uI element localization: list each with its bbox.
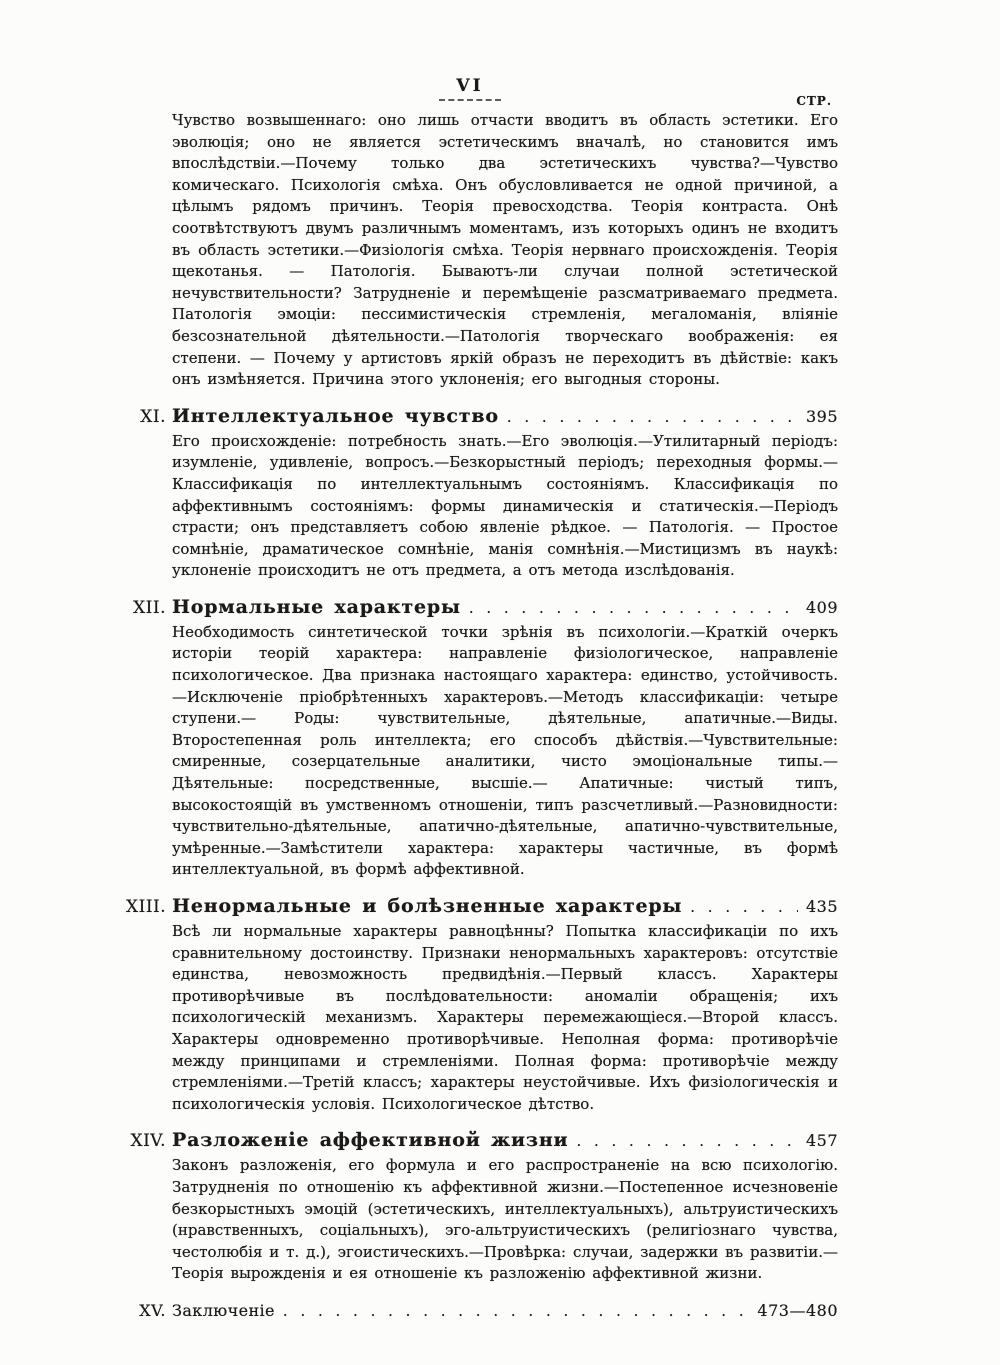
- toc-entry-xv: XV. Заключеніе 473—480: [126, 1301, 838, 1320]
- dot-leader: [507, 407, 798, 426]
- book-page: VI СТР. Чувство возвышеннаго: оно лишь о…: [0, 0, 1000, 1365]
- intro-continuation-paragraph: Чувство возвышеннаго: оно лишь отчасти в…: [172, 110, 838, 391]
- chapter-numeral: XV.: [126, 1301, 166, 1320]
- dot-leader: [576, 1131, 798, 1150]
- dot-leader: [690, 897, 798, 916]
- toc-entry-xi: XI. Интеллектуальное чувство 395 Его про…: [126, 405, 838, 582]
- toc-entry-heading: XI. Интеллектуальное чувство 395: [126, 405, 838, 427]
- dot-leader: [469, 598, 798, 617]
- toc-entry-heading: XIV. Разложеніе аффективной жизни 457: [126, 1129, 838, 1151]
- chapter-title: Разложеніе аффективной жизни: [172, 1129, 568, 1151]
- chapter-page-number: 473—480: [757, 1301, 838, 1320]
- chapter-title: Заключеніе: [172, 1301, 275, 1320]
- dot-leader: [283, 1301, 752, 1320]
- page-column-label: СТР.: [700, 94, 832, 108]
- folio-underline-rule: [439, 99, 501, 101]
- chapter-summary: Законъ разложенія, его формула и его рас…: [172, 1155, 838, 1285]
- toc-entry-xiii: XIII. Ненормальные и болѣзненные характе…: [126, 895, 838, 1115]
- chapter-numeral: XIV.: [126, 1131, 166, 1151]
- chapter-page-number: 409: [804, 598, 838, 617]
- chapter-page-number: 457: [804, 1131, 838, 1150]
- chapter-summary: Его происхожденіе: потребность знать.—Ег…: [172, 431, 838, 582]
- toc-entry-xiv: XIV. Разложеніе аффективной жизни 457 За…: [126, 1129, 838, 1285]
- chapter-title: Интеллектуальное чувство: [172, 405, 499, 427]
- page-folio: VI: [428, 76, 512, 101]
- chapter-summary: Необходимость синтетической точки зрѣнія…: [172, 622, 838, 881]
- chapter-summary: Всѣ ли нормальные характеры равноцѣнны? …: [172, 921, 838, 1115]
- chapter-title: Нормальные характеры: [172, 596, 461, 618]
- chapter-title: Ненормальные и болѣзненные характеры: [172, 895, 682, 917]
- chapter-numeral: XIII.: [126, 897, 166, 917]
- chapter-page-number: 435: [804, 897, 838, 916]
- chapter-page-number: 395: [804, 407, 838, 426]
- toc-entry-heading: XIII. Ненормальные и болѣзненные характе…: [126, 895, 838, 917]
- toc-entry-xii: XII. Нормальные характеры 409 Необходимо…: [126, 596, 838, 881]
- toc-content: Чувство возвышеннаго: оно лишь отчасти в…: [126, 110, 838, 1320]
- toc-entry-heading: XII. Нормальные характеры 409: [126, 596, 838, 618]
- chapter-numeral: XI.: [126, 407, 166, 427]
- chapter-numeral: XII.: [126, 598, 166, 618]
- page-number-roman: VI: [456, 76, 483, 96]
